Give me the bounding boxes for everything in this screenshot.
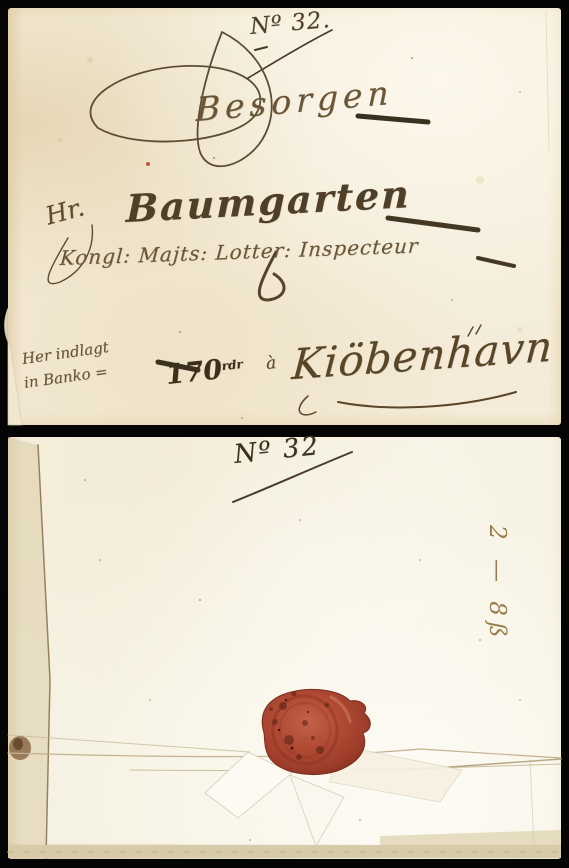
- amount-unit: rdr: [221, 357, 243, 373]
- amount-value: 170: [164, 354, 223, 391]
- letter-back-photo: [8, 437, 561, 859]
- scanned-letter-montage: { "front": { "number_marking": "Nº 32.",…: [0, 0, 569, 868]
- destination-prefix: à: [265, 353, 277, 374]
- rate-marking-vertical: 2 — 8ß: [484, 525, 510, 700]
